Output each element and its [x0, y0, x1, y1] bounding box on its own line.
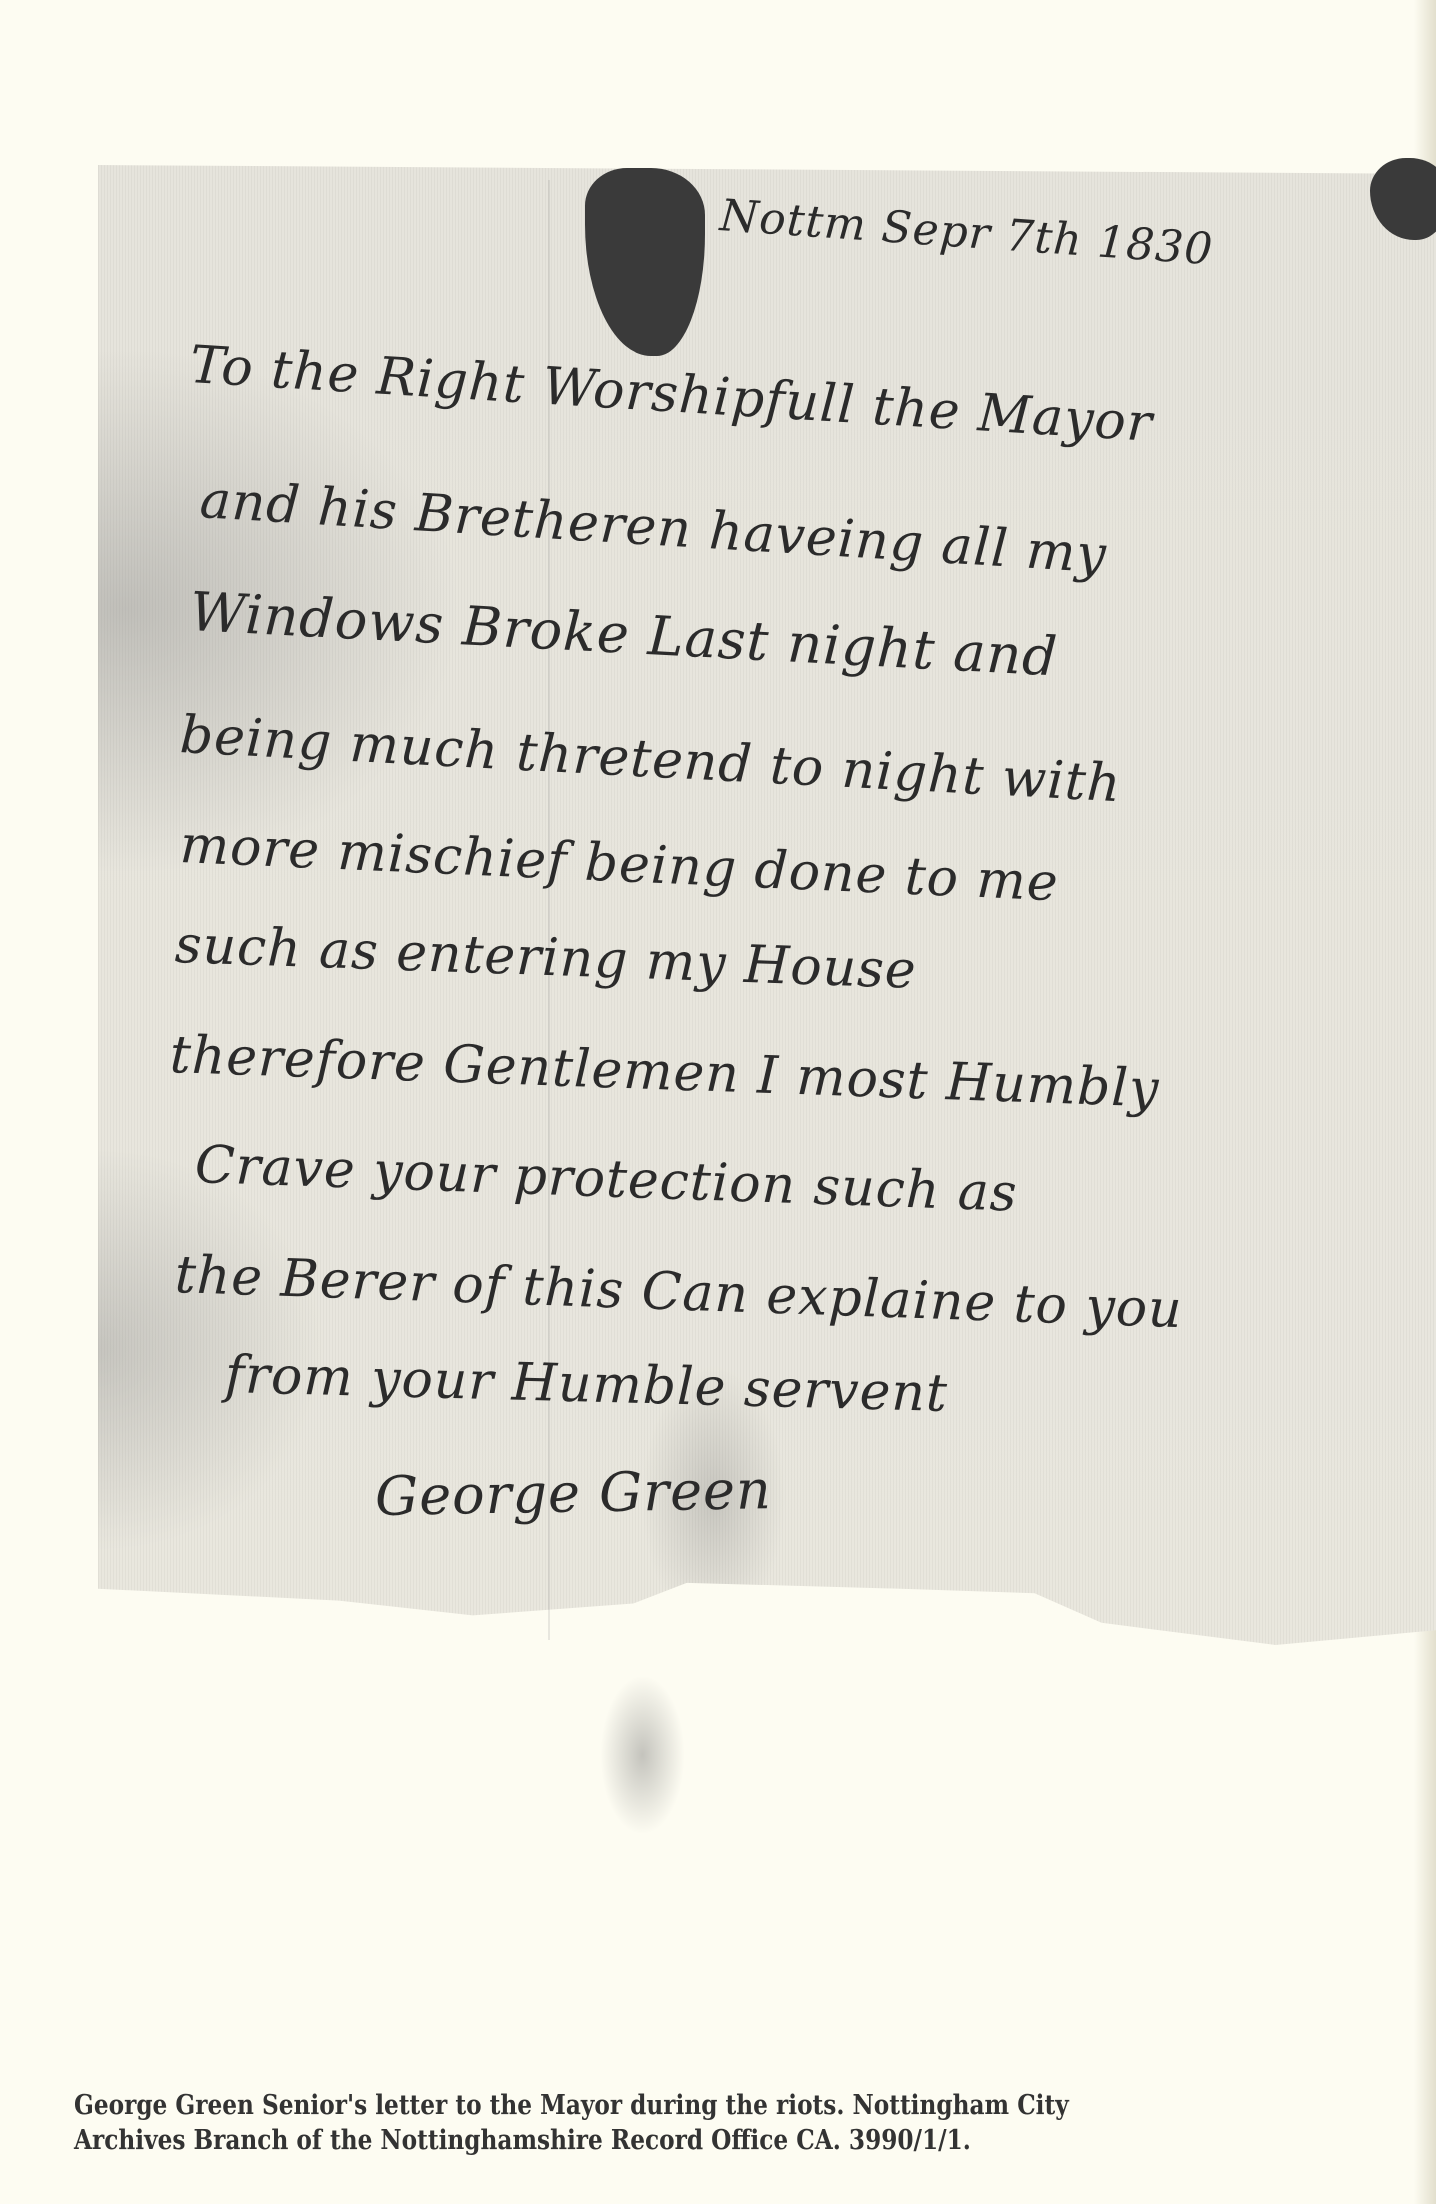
- letter-signature: George Green: [374, 1458, 772, 1528]
- ink-smudge: [600, 1675, 685, 1835]
- caption-line-1: George Green Senior's letter to the Mayo…: [74, 2088, 1192, 2123]
- figure-caption: George Green Senior's letter to the Mayo…: [74, 2088, 1192, 2158]
- caption-line-2: Archives Branch of the Nottinghamshire R…: [74, 2123, 1192, 2158]
